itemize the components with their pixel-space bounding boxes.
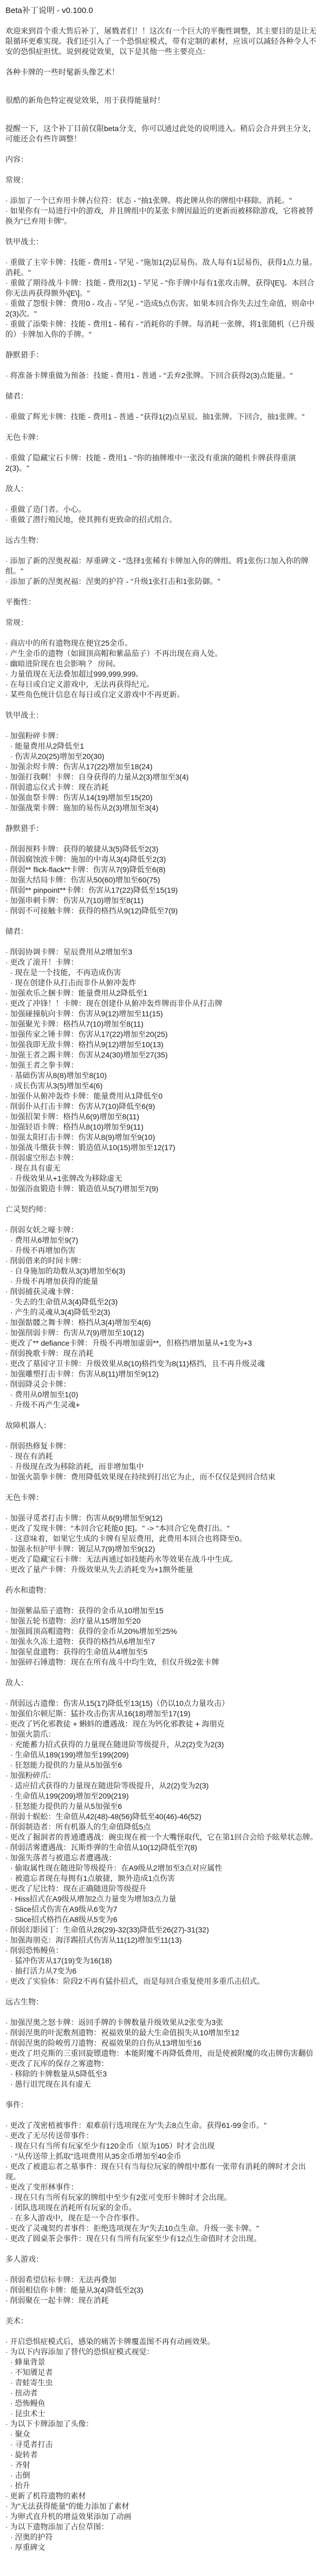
bullet-item: · 加强粉碎卡牌： bbox=[5, 731, 320, 741]
bullet-item: · 削弱仆从打击卡牌：伤害从7(10)降低至6(9) bbox=[5, 1101, 320, 1112]
bullet-subitem: · 猛冲伤害从17(19)变为16(18) bbox=[5, 1956, 320, 1966]
bullet-item: · 加强招架卡牌：格挡从6(9)增加至8(11) bbox=[5, 1112, 320, 1122]
bullet-item: · 更新了机符遗物的素材 bbox=[5, 2491, 320, 2501]
bullet-subitem: · 恐怖鳗鱼 bbox=[5, 2398, 320, 2409]
bullet-item: · 加强圆顶高帽遗物：获得的金币从20%增加至25% bbox=[5, 1626, 320, 1637]
bullet-item: · 加强传家之锤卡牌：伤害从17(22)增加至20(25) bbox=[5, 1029, 320, 1040]
bullet-subitem: · Slice招式格挡在A8级从5变为6 bbox=[5, 1915, 320, 1925]
bullet-item: · 加强欢乐之捆卡牌：能量费用从2降低至1 bbox=[5, 988, 320, 998]
bullet-item: · 加强打我啊！卡牌：自身获得的力量从2(3)增加至3(4) bbox=[5, 772, 320, 782]
bullet-subitem: · 被遗忘者现在每拥有1点敏捷，额外造成1点伤害 bbox=[5, 1873, 320, 1884]
bullet-subitem: · 升级不再增加获得的能量 bbox=[5, 1276, 320, 1287]
paragraph: 提醒一下，这个补丁目前仅限beta分支，你可以通过此处的说明进入。稍后会合并到主… bbox=[5, 124, 320, 144]
bullet-item: · 削弱** pinpoint**卡牌：伤害从17(22)降低至15(19) bbox=[5, 885, 320, 896]
bullet-subitem: · 失去的生命值从3(4)降低至2(3) bbox=[5, 1297, 320, 1307]
bullet-item: · 更改了发现卡牌："本回合它耗能0 [E]。" -> "本回合它免费打出。" bbox=[5, 1523, 320, 1534]
bullet-item: · 加强王者之拳卡牌： bbox=[5, 1060, 320, 1070]
bullet-item: · 削弱恐怖鳗鱼： bbox=[5, 1945, 320, 1956]
bullet-item: · 重做了添柴卡牌：技能 - 费用1 - 稀有 - "消耗你的手牌。每消耗一张牌… bbox=[5, 319, 320, 340]
bullet-item: · 加强紫晶茄子遗物：获得的金币从10增加至15 bbox=[5, 1606, 320, 1616]
bullet-item: · 加强碰撞航向卡牌：伤害从9(12)增加至11(15) bbox=[5, 1009, 320, 1019]
bullet-list: · 重做了造门者。小心。· 重做了潜行殖民地，使其拥有更致命的招式组合。 bbox=[5, 504, 320, 525]
bullet-item: · 削弱女妖之嚎卡牌： bbox=[5, 1225, 320, 1235]
section-heading: 静默猎手： bbox=[5, 823, 320, 834]
bullet-item: · 商店中的所有遗物现在便宜25金币。 bbox=[5, 638, 320, 648]
section-heading: 无色卡牌： bbox=[5, 1493, 320, 1503]
bullet-subitem: · 这意味着，如果它生成的卡牌有星辰费用，此费用本回合也将降至0。 bbox=[5, 1534, 320, 1544]
bullet-item: · 更改了变形林事件： bbox=[5, 2182, 320, 2192]
bullet-subitem: · 适应招式获得的力量现在随进阶等级提升，从2(2)变为2(3) bbox=[5, 1781, 320, 1791]
bullet-item: · 加强永久冻土遗物：获得的格挡从6增加至7 bbox=[5, 1637, 320, 1647]
bullet-item: · 加强失落者与被遗忘者遭遇战： bbox=[5, 1853, 320, 1863]
bullet-item: · 加强粉碎爪： bbox=[5, 1770, 320, 1781]
section-heading: 故障机器人： bbox=[5, 1420, 320, 1431]
bullet-list: · 削弱远古遗像：伤害从15(17)降低至13(15)（仍以10点力量攻击）· … bbox=[5, 1698, 320, 1987]
bullet-subitem: · 升级不再产生灵魂+ bbox=[5, 1400, 320, 1410]
bullet-item: · 加强碎石锤遗物：现在在所有战斗中均生效，但仅升级2张卡牌 bbox=[5, 1657, 320, 1667]
bullet-item: · 加强星盘遗物：获得的生命值从4增加至5 bbox=[5, 1647, 320, 1657]
bullet-item: · 重做了隐藏宝石卡牌：技能 - 费用1 - "你的抽牌堆中一张没有重演的随机卡… bbox=[5, 453, 320, 473]
bullet-item: · 削弱协调卡牌：星辰费用从2增加至3 bbox=[5, 947, 320, 957]
bullet-item: · 加强火箭拳卡牌：费用降低效果现在持续到打出它为止，而不仅仅是到回合结束 bbox=[5, 1472, 320, 1482]
bullet-subitem: · 现在只有当所有玩家至少有120金币（原为105）时才会出现 bbox=[5, 2141, 320, 2151]
bullet-item: · 削弱捕获灵魂卡牌： bbox=[5, 1287, 320, 1297]
bullet-item: · 削弱** flick-flack**卡牌：伤害从7(9)降低至6(8) bbox=[5, 865, 320, 875]
bullet-list: · 削弱希望信标卡牌：无法再叠加· 削弱相信你卡牌：能量从3(4)降低至2(3)… bbox=[5, 2275, 320, 2306]
bullet-subitem: · 现在具有虚无 bbox=[5, 1163, 320, 1173]
bullet-list: · 加强寻觅者打击卡牌：伤害从6(9)增加至9(12)· 更改了发现卡牌："本回… bbox=[5, 1513, 320, 1575]
bullet-subitem: · 不知餍足者 bbox=[5, 2367, 320, 2378]
bullet-item: · 削弱不可接触卡牌：获得的格挡从9(12)降低至7(9) bbox=[5, 906, 320, 916]
paragraph: 各种卡牌的一些时髦新头像艺术！ bbox=[5, 67, 320, 77]
bullet-item: · 添加了新的涅奥祝福：涅奥的护符 - "升级1张打击和1张防御。" bbox=[5, 576, 320, 587]
bullet-subitem: · 现在有消耗 bbox=[5, 1451, 320, 1462]
bullet-item: · 为以下内容添加了替代的恐惧症模式视觉： bbox=[5, 2347, 320, 2357]
bullet-item: · 加强火箭爪： bbox=[5, 1729, 320, 1740]
bullet-item: · 加强伯尔顿尼斯：猛扑攻击伤害从16(18)增加至17(19) bbox=[5, 1709, 320, 1719]
bullet-subitem: · 狂怒能力提供的力量从5加强至6 bbox=[5, 1760, 320, 1770]
paragraph: 很酷的新角色特定视觉效果，用于获得能量时！ bbox=[5, 95, 320, 106]
bullet-item: · 更改了灵魂契约者事件：拒绝选项现在为"失去10点生命。升级一张卡牌。" bbox=[5, 2223, 320, 2234]
bullet-item: · 削弱十蜈蚣：生命值从42(48)-48(56)降低至40(46)-46(52… bbox=[5, 1812, 320, 1822]
bullet-subitem: · 青蛙寄生虫 bbox=[5, 2378, 320, 2388]
bullet-list: · 开启恐惧症模式后，感染的痛苦卡牌覆盖图不再有动画效果。· 为以下内容添加了替… bbox=[5, 2337, 320, 2553]
bullet-subitem: · 聚众 bbox=[5, 2429, 320, 2439]
section-heading: 铁甲战士： bbox=[5, 710, 320, 721]
bullet-subitem: · 扭动者 bbox=[5, 2388, 320, 2398]
bullet-item: · 加强雕塑打击卡牌：伤害从8(11)增加至9(12) bbox=[5, 1369, 320, 1379]
bullet-subitem: · 狂怒能力提供的力量从5加强至6 bbox=[5, 1801, 320, 1812]
section-heading: 多人游戏： bbox=[5, 2254, 320, 2264]
bullet-item: · 加强太阳打击卡牌：伤害从8(9)增加至9(10) bbox=[5, 1132, 320, 1143]
section-heading: 美术： bbox=[5, 2316, 320, 2326]
section-heading: 敌人： bbox=[5, 1678, 320, 1688]
section-heading: 储君： bbox=[5, 926, 320, 937]
bullet-subitem: · 升级效果从+1张牌改为移除虚无 bbox=[5, 1173, 320, 1184]
bullet-item: · 削弱涅奥的险峻剪刀遗物：祝福效果的自伤从13增加至16 bbox=[5, 2038, 320, 2048]
section-heading: 平衡性： bbox=[5, 597, 320, 607]
bullet-item: · 削弱遗忘仪式卡牌：现在消耗 bbox=[5, 782, 320, 793]
bullet-subitem: · 昆虫术士 bbox=[5, 2409, 320, 2419]
bullet-subitem: · 抽打活力从7变为6 bbox=[5, 1966, 320, 1976]
bullet-list: · 加强涅奥之怒卡牌：返回手牌的卡牌数量升级效果从2张变为3张· 削弱涅奥的叶泥… bbox=[5, 2017, 320, 2090]
bullet-list: · 削弱女妖之嚎卡牌：· 费用从6增加至9(7)· 升级不再增加伤害· 削弱借来… bbox=[5, 1225, 320, 1410]
bullet-subitem: · 团队选项现在消耗所有玩家的金币。 bbox=[5, 2203, 320, 2213]
bullet-subitem: · 厚重碑文 bbox=[5, 2542, 320, 2553]
bullet-subitem: · 成长伤害从3(5)增加至4(6) bbox=[5, 1081, 320, 1091]
section-heading: 常规： bbox=[5, 175, 320, 185]
bullet-item: · 削弱希望信标卡牌：无法再叠加 bbox=[5, 2275, 320, 2285]
bullet-item: · 加强海朋克：海洋踢招式伤害从11(12)增加至11(13) bbox=[5, 1935, 320, 1945]
bullet-subitem: · 费用从0增加至1(0) bbox=[5, 1390, 320, 1400]
bullet-item: · 如果你有一局进行中的游戏，并且牌组中的某张卡牌因最近的更新而被移除游戏，它将… bbox=[5, 206, 320, 226]
bullet-subitem: · 生命值从199(209)增加至209(219) bbox=[5, 1791, 320, 1801]
bullet-subitem: · Slice招式伤害在A9级从6变为7 bbox=[5, 1904, 320, 1915]
bullet-subitem: · 在多人游戏中，现在是一个合作事件。 bbox=[5, 2213, 320, 2223]
bullet-subitem: · 充能蓄力招式获得的力量现在随进阶等级提升，从2(2)变为2(3) bbox=[5, 1740, 320, 1750]
section-heading: 药水和遗物： bbox=[5, 1585, 320, 1595]
bullet-item: · 重做了潜行殖民地，使其拥有更致命的招式组合。 bbox=[5, 515, 320, 525]
section-heading: 储君： bbox=[5, 391, 320, 401]
section-heading: 内容： bbox=[5, 154, 320, 165]
bullet-list: · 添加了新的涅奥祝福：厚重碑文 - "选择1张稀有卡牌加入你的牌组。将1张伤口… bbox=[5, 556, 320, 587]
bullet-item: · 加强五轮书遗物：治疗量从15增加至20 bbox=[5, 1616, 320, 1626]
bullet-item: · 更改了坦克斯的三重回旋镖遗物：本能附魔不再降低费用，而是使被附魔的攻击牌伤害… bbox=[5, 2048, 320, 2059]
section-heading: 静默猎手： bbox=[5, 350, 320, 360]
bullet-subitem: · 抬升 bbox=[5, 2481, 320, 2491]
bullet-subitem: · 现在是一个技能，不再造成伤害 bbox=[5, 968, 320, 978]
bullet-subitem: · 升级不再增加伤害 bbox=[5, 1245, 320, 1256]
section-heading: 无色卡牌： bbox=[5, 432, 320, 443]
bullet-list: · 更改了茂密植被事件：艰难前行选项现在为"失去8点生命。获得61-99金币。"… bbox=[5, 2120, 320, 2244]
bullet-item: · 削弱虚空形态卡牌： bbox=[5, 1153, 320, 1163]
bullet-item: · 更改了瓦库的保存之雾遗物： bbox=[5, 2059, 320, 2069]
section-heading: 远古生物： bbox=[5, 535, 320, 546]
page-title: Beta补丁说明 - v0.100.0 bbox=[5, 5, 320, 16]
bullet-item: · 削弱制造者：所有机器人的生命值降低5点 bbox=[5, 1822, 320, 1832]
bullet-subitem: · 现在创建仆从打击而非仆从俯冲轰炸 bbox=[5, 978, 320, 988]
bullet-list: · 加强紫晶茄子遗物：获得的金币从10增加至15· 加强五轮书遗物：治疗量从15… bbox=[5, 1606, 320, 1667]
bullet-item: · 加强我即无敌卡牌：格挡从9(12)增加至10(13) bbox=[5, 1040, 320, 1050]
paragraph: 欢迎来到首个重大售后补丁，屠戮者们！！这次有一个巨大的平衡性调整，其主要目的是让… bbox=[5, 26, 320, 57]
bullet-subitem: · 自身施加的劫数从3(3)增加至6(3) bbox=[5, 1266, 320, 1276]
bullet-list: · 添加了一个已弃用卡牌占位符：状态 - "抽1张牌。将此牌从你的牌组中移除。消… bbox=[5, 196, 320, 226]
bullet-item: · 更改了被遗忘者之墓事件：现在只有当每位玩家的牌组中都有一张带有消耗的牌时才会… bbox=[5, 2162, 320, 2182]
bullet-item: · 更改了滚开！卡牌： bbox=[5, 957, 320, 968]
bullet-subitem: · 生命值从189(199)增加至199(209) bbox=[5, 1750, 320, 1760]
bullet-item: · 重做了造门者。小心。 bbox=[5, 504, 320, 515]
bullet-subitem: · 蜂巢背景 bbox=[5, 2357, 320, 2367]
bullet-item: · 削弱幻影园丁：生命值从28(29)-32(33)降低至26(27)-31(3… bbox=[5, 1925, 320, 1935]
bullet-subitem: · 伤害从20(25)增加至20(30) bbox=[5, 751, 320, 762]
bullet-item: · 更改了量产卡牌：升级效果从失去消耗变为+1额外能量 bbox=[5, 1565, 320, 1575]
bullet-item: · 加强永恒护甲卡牌：镀层从7(9)增加至9(12) bbox=[5, 1544, 320, 1554]
bullet-item: · 削弱挽歌卡牌：现在消耗 bbox=[5, 1348, 320, 1359]
bullet-item: · 更改了** defiance卡牌：升级不再增加虚弱**，但格挡增加量从+1变… bbox=[5, 1338, 320, 1348]
bullet-item: · 削弱远古遗像：伤害从15(17)降低至13(15)（仍以10点力量攻击） bbox=[5, 1698, 320, 1709]
bullet-subitem: · 旋转者 bbox=[5, 2450, 320, 2460]
bullet-item: · 削弱热修复卡牌： bbox=[5, 1441, 320, 1451]
section-heading: 敌人： bbox=[5, 484, 320, 494]
bullet-subitem: · 偷取属性现在随进阶等级提升：在A9级从2增加至3点对应属性 bbox=[5, 1863, 320, 1873]
bullet-item: · 某些角色统计信息在每日或自定义游戏中不再更新。 bbox=[5, 690, 320, 700]
bullet-item: · 更改了尼比特：现在正确随进阶等级提升 bbox=[5, 1884, 320, 1894]
bullet-list: · 重做了辉光卡牌：技能 - 费用1 - 普通 - "获得1(2)点星辰。抽1张… bbox=[5, 412, 320, 422]
bullet-item: · 加强轻语卡牌：格挡从8(10)增加至9(11) bbox=[5, 1122, 320, 1132]
bullet-subitem: · 产生的灵魂从3(4)降低至2(3) bbox=[5, 1307, 320, 1318]
bullet-item: · 为以下遗物添加了占位草图： bbox=[5, 2522, 320, 2532]
bullet-item: · 削弱活雾遭遇战：瓦斯炸弹的生命值从10(12)降低至7(8) bbox=[5, 1842, 320, 1853]
bullet-list: · 商店中的所有遗物现在便宜25金币。· 产生金币的遗物（如圆顶高帽和紫晶茄子）… bbox=[5, 638, 320, 700]
bullet-item: · 重做了主宰卡牌：技能 - 费用1 - 罕见 - "施加1(2)层易伤。敌人每… bbox=[5, 257, 320, 278]
section-heading: 亡灵契约师： bbox=[5, 1204, 320, 1215]
bullet-item: · 加强串刺卡牌：伤害从7(10)增加至8(11) bbox=[5, 896, 320, 906]
bullet-subitem: · 能量费用从2降低至1 bbox=[5, 741, 320, 751]
bullet-item: · 为以下卡牌添加了头像： bbox=[5, 2419, 320, 2429]
bullet-item: · 加强骷髅之舞卡牌：格挡从3(4)增加至4(6) bbox=[5, 1318, 320, 1328]
bullet-item: · 更改了冲锋！！卡牌：现在创建仆从俯冲轰炸牌而非仆从打击牌 bbox=[5, 998, 320, 1009]
bullet-item: · 加强寻觅者打击卡牌：伤害从6(9)增加至9(12) bbox=[5, 1513, 320, 1523]
bullet-item: · 更改了钙化邪教徒 + 蝌蚪的遭遇战：现在为钙化邪教徒 + 海朋克 bbox=[5, 1719, 320, 1729]
bullet-subitem: · 击倒 bbox=[5, 2470, 320, 2481]
bullet-item: · 在每日或自定义游戏中，无法再获得纪元。 bbox=[5, 679, 320, 690]
bullet-item: · 幽暗进阶现在也会影响 ？ 房间。 bbox=[5, 659, 320, 669]
bullet-item: · 削弱腐蚀波卡牌：施加的中毒从3(4)降低至2(3) bbox=[5, 854, 320, 865]
bullet-item: · 添加了新的涅奥祝福：厚重碑文 - "选择1张稀有卡牌加入你的牌组。将1张伤口… bbox=[5, 556, 320, 576]
bullet-list: · 削弱预料卡牌：获得的敏捷从3(5)降低至2(3)· 削弱腐蚀波卡牌：施加的中… bbox=[5, 844, 320, 916]
bullet-subitem: · Hiss招式在A9级从增加2点力量变为增加3点力量 bbox=[5, 1894, 320, 1904]
section-heading: 远古生物： bbox=[5, 1997, 320, 2007]
bullet-item: · 更改了实验体：阶段2不再有猛扑招式，而是每回合重复使用多重爪击招式。 bbox=[5, 1976, 320, 1987]
bullet-item: · 将准备卡牌重做为预备：技能 - 费用1 - 普通 - "丢弃2张牌。下回合获… bbox=[5, 371, 320, 381]
bullet-item: · 加强血祭卡牌：伤害从14(19)增加至15(20) bbox=[5, 793, 320, 803]
bullet-item: · 添加了一个已弃用卡牌占位符：状态 - "抽1张牌。将此牌从你的牌组中移除。消… bbox=[5, 196, 320, 206]
bullet-item: · 开启恐惧症模式后，感染的痛苦卡牌覆盖图不再有动画效果。 bbox=[5, 2337, 320, 2347]
bullet-item: · 削弱涅奥的叶泥敷剂遗物：祝福效果的最大生命值损失从10增加至12 bbox=[5, 2028, 320, 2038]
bullet-item: · 加强涅奥之怒卡牌：返回手牌的卡牌数量升级效果从2张变为3张 bbox=[5, 2017, 320, 2028]
bullet-list: · 加强粉碎卡牌：· 能量费用从2降低至1· 伤害从20(25)增加至20(30… bbox=[5, 731, 320, 813]
bullet-item: · 重做了期待战斗卡牌：技能 - 费用2(1) - 罕见 - "你手牌中每有1张… bbox=[5, 278, 320, 299]
bullet-item: · 加强王者之踢卡牌：伤害从24(30)增加至27(35) bbox=[5, 1050, 320, 1060]
bullet-item: · 产生金币的遗物（如圆顶高帽和紫晶茄子）不再出现在商人处。 bbox=[5, 648, 320, 659]
bullet-subitem: · 愚行诅咒现在具有虚无 bbox=[5, 2079, 320, 2090]
bullet-item: · 更改了掘洞者的普通遭遇战：碗虫现在被一个大嘴怪取代，它在第1回合会给予眩晕状… bbox=[5, 1832, 320, 1842]
bullet-list: · 重做了主宰卡牌：技能 - 费用1 - 罕见 - "施加1(2)层易伤。敌人每… bbox=[5, 257, 320, 340]
bullet-subitem: · "从传送带上抓取"选项费用从35金币增加至40金币 bbox=[5, 2151, 320, 2162]
bullet-item: · 加强战栗卡牌：施加的易伤从2(3)增加至3(4) bbox=[5, 803, 320, 813]
bullet-item: · 加强战斗缴获卡牌：锻造值从10(15)增加至12(17) bbox=[5, 1143, 320, 1153]
bullet-item: · 为"无法获得能量"的能力添加了素材 bbox=[5, 2501, 320, 2512]
bullet-subitem: · 移除的卡牌数量从5降低至3 bbox=[5, 2069, 320, 2079]
bullet-subitem: · 涅奥的护符 bbox=[5, 2532, 320, 2542]
bullet-item: · 更改了圆桌茶会事件：现在只有当所有玩家至少有12点生命值时才会出现。 bbox=[5, 2234, 320, 2244]
bullet-item: · 加强仆从俯冲轰炸卡牌：能量费用从1降低至0 bbox=[5, 1091, 320, 1101]
bullet-item: · 削弱降灵会卡牌： bbox=[5, 1379, 320, 1390]
bullet-subitem: · 齐射 bbox=[5, 2460, 320, 2470]
bullet-item: · 削弱借来的时间卡牌： bbox=[5, 1256, 320, 1266]
document-body: Beta补丁说明 - v0.100.0 欢迎来到首个重大售后补丁，屠戮者们！！这… bbox=[0, 0, 325, 2576]
bullet-subitem: · 基础伤害从8(8)增加至8(10) bbox=[5, 1070, 320, 1081]
bullet-subitem: · 费用从6增加至9(7) bbox=[5, 1235, 320, 1245]
bullet-item: · 力量值现在无法叠加超过999,999,999。 bbox=[5, 669, 320, 679]
bullet-list: · 将准备卡牌重做为预备：技能 - 费用1 - 普通 - "丢弃2张牌。下回合获… bbox=[5, 371, 320, 381]
bullet-item: · 削弱预料卡牌：获得的敏捷从3(5)降低至2(3) bbox=[5, 844, 320, 854]
bullet-item: · 加强削弱卡牌：伤害从7(9)增加至10(12) bbox=[5, 1328, 320, 1338]
bullet-item: · 重做了怨恨卡牌：费用0 - 攻击 - 罕见 - "造成5点伤害。如果本回合你… bbox=[5, 299, 320, 319]
bullet-item: · 为卵式直升机的增益效果添加了动画 bbox=[5, 2512, 320, 2522]
bullet-list: · 削弱热修复卡牌：· 现在有消耗· 升级现在改为移除消耗，而非增加集中· 加强… bbox=[5, 1441, 320, 1482]
bullet-item: · 削弱相信你卡牌：能量从3(4)降低至2(3) bbox=[5, 2285, 320, 2295]
bullet-item: · 削弱聚在一起卡牌：现在消耗 bbox=[5, 2295, 320, 2306]
section-heading: 常规： bbox=[5, 618, 320, 628]
bullet-item: · 更改了茂密植被事件：艰难前行选项现在为"失去8点生命。获得61-99金币。" bbox=[5, 2120, 320, 2131]
bullet-subitem: · 升级现在改为移除消耗，而非增加集中 bbox=[5, 1462, 320, 1472]
bullet-item: · 加强余烬卡牌：伤害从17(22)增加至18(24) bbox=[5, 762, 320, 772]
bullet-subitem: · 现在只有当所有玩家的牌组中至少有2张可变形卡牌时才会出现。 bbox=[5, 2192, 320, 2203]
section-heading: 事件： bbox=[5, 2100, 320, 2110]
bullet-item: · 加强大结局卡牌：伤害从50(60)增加至60(75) bbox=[5, 875, 320, 885]
bullet-item: · 更改了墓园守卫卡牌：升级效果从8(10)格挡变为8(11)格挡，且不再升级灵… bbox=[5, 1359, 320, 1369]
bullet-item: · 加强聚光卡牌：格挡从7(10)增加至8(11) bbox=[5, 1019, 320, 1029]
bullet-list: · 重做了隐藏宝石卡牌：技能 - 费用1 - "你的抽牌堆中一张没有重演的随机卡… bbox=[5, 453, 320, 473]
section-heading: 铁甲战士： bbox=[5, 237, 320, 247]
bullet-item: · 更改了无尽传送带事件： bbox=[5, 2131, 320, 2141]
bullet-item: · 加强浴血锻造卡牌：锻造值从5(7)增加至7(9) bbox=[5, 1184, 320, 1194]
bullet-subitem: · 寻觅者打击 bbox=[5, 2439, 320, 2450]
bullet-item: · 更改了隐藏宝石卡牌：无法再通过如技能药水等效果在战斗中生成。 bbox=[5, 1554, 320, 1565]
bullet-item: · 重做了辉光卡牌：技能 - 费用1 - 普通 - "获得1(2)点星辰。抽1张… bbox=[5, 412, 320, 422]
bullet-list: · 削弱协调卡牌：星辰费用从2增加至3· 更改了滚开！卡牌：· 现在是一个技能，… bbox=[5, 947, 320, 1194]
